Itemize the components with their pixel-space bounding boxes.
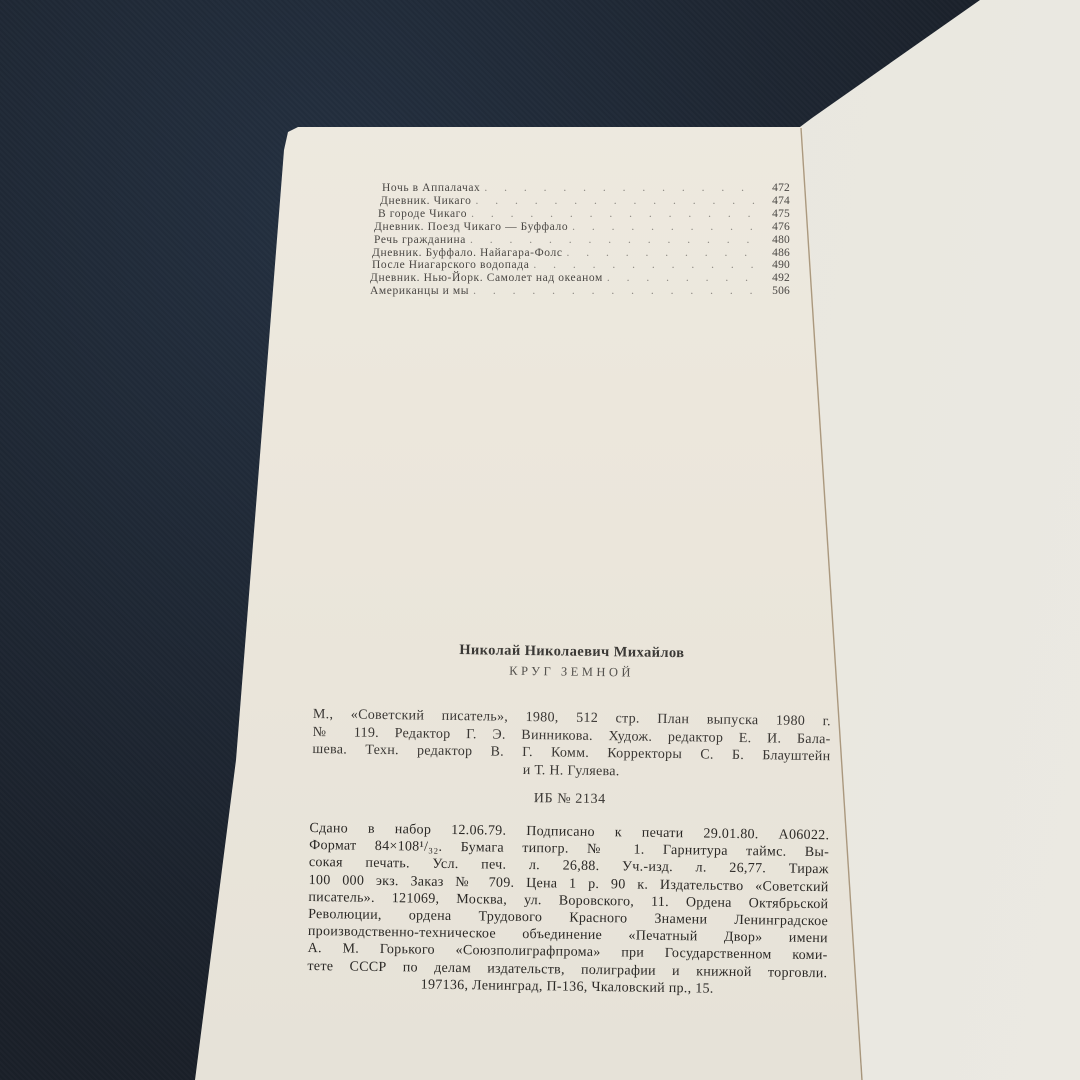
toc-entry: Американцы и мы506 bbox=[360, 285, 790, 298]
toc-entry: Ночь в Аппалачах472 bbox=[360, 182, 790, 195]
toc-entry-title: Дневник. Чикаго bbox=[380, 195, 472, 208]
toc-entry-page: 490 bbox=[760, 259, 790, 272]
toc-entry-title: Дневник. Нью-Йорк. Самолет над океаном bbox=[370, 272, 603, 285]
table-of-contents: Ночь в Аппалачах472 Дневник. Чикаго474 В… bbox=[360, 182, 790, 298]
printing-info: Сдано в набор 12.06.79. Подписано к печа… bbox=[307, 820, 829, 999]
toc-entry-page: 486 bbox=[760, 247, 790, 260]
toc-entry-title: Речь гражданина bbox=[374, 234, 466, 247]
toc-entry-title: Дневник. Буффало. Найагара-Фолс bbox=[372, 247, 563, 260]
leader-dots bbox=[473, 285, 756, 298]
toc-entry-title: Ночь в Аппалачах bbox=[382, 182, 480, 195]
toc-entry: Дневник. Нью-Йорк. Самолет над океаном49… bbox=[360, 272, 790, 285]
leader-dots bbox=[572, 221, 756, 234]
leader-dots bbox=[476, 195, 756, 208]
toc-entry-page: 475 bbox=[760, 208, 790, 221]
ib-number: ИБ № 2134 bbox=[310, 788, 830, 811]
toc-entry-page: 506 bbox=[760, 285, 790, 298]
leader-dots bbox=[470, 234, 756, 247]
leader-dots bbox=[484, 182, 756, 195]
toc-entry-page: 474 bbox=[760, 195, 790, 208]
toc-entry: Дневник. Чикаго474 bbox=[360, 195, 790, 208]
toc-entry-title: Дневник. Поезд Чикаго — Буффало bbox=[374, 221, 568, 234]
publication-info: М., «Советский писатель», 1980, 512 стр.… bbox=[310, 706, 831, 783]
leader-dots bbox=[607, 272, 756, 285]
toc-entry-page: 472 bbox=[760, 182, 790, 195]
toc-entry: После Ниагарского водопада490 bbox=[360, 259, 790, 272]
colophon: Николай Николаевич Михайлов КРУГ ЗЕМНОЙ … bbox=[307, 640, 832, 999]
leader-dots bbox=[567, 247, 756, 260]
toc-entry: В городе Чикаго475 bbox=[360, 208, 790, 221]
toc-entry-page: 476 bbox=[760, 221, 790, 234]
toc-entry: Дневник. Поезд Чикаго — Буффало476 bbox=[360, 221, 790, 234]
leader-dots bbox=[471, 208, 756, 221]
toc-entry-title: Американцы и мы bbox=[370, 285, 469, 298]
leader-dots bbox=[533, 259, 756, 272]
toc-entry: Дневник. Буффало. Найагара-Фолс486 bbox=[360, 247, 790, 260]
toc-entry-title: После Ниагарского водопада bbox=[372, 259, 529, 272]
toc-entry-title: В городе Чикаго bbox=[378, 208, 467, 221]
toc-entry-page: 492 bbox=[760, 272, 790, 285]
toc-entry-page: 480 bbox=[760, 234, 790, 247]
toc-entry: Речь гражданина480 bbox=[360, 234, 790, 247]
book-title: КРУГ ЗЕМНОЙ bbox=[311, 661, 831, 683]
